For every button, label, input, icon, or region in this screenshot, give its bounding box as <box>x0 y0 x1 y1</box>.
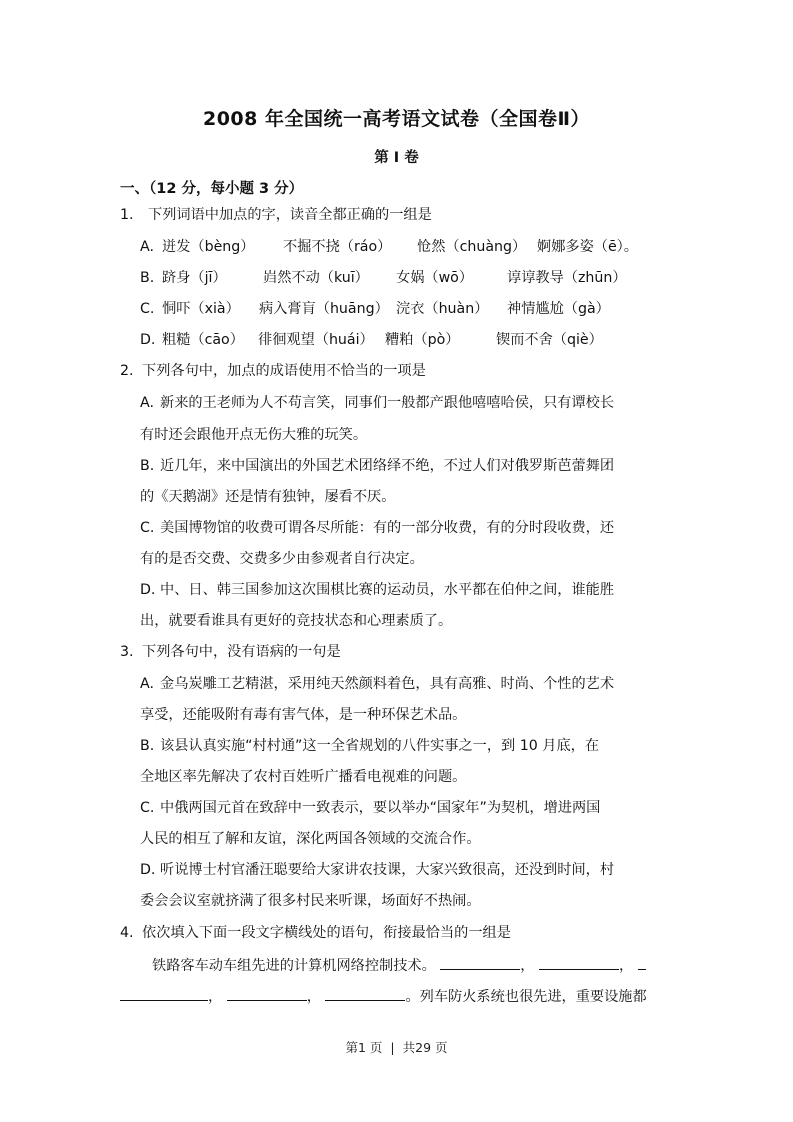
option-item: 徘徊观望（huái） <box>258 330 385 350</box>
question-number: 3. <box>120 642 142 662</box>
option-item: 跻身（jī） <box>162 268 263 288</box>
option-label: A. <box>140 237 162 257</box>
question-text: 下列各句中，加点的成语使用不恰当的一项是 <box>142 363 426 379</box>
option-label: C. <box>140 518 160 538</box>
option-item: 锲而不舍（qiè） <box>496 330 603 350</box>
question-4-passage-line-2: ， ， 。列车防火系统也很先进，重要设施都 <box>120 986 647 1007</box>
option-text: 该县认真实施“村村通”这一全省规划的八件实事之一，到 10 月底，在 <box>160 738 599 754</box>
option-item: 不掘不挠（ráo） <box>283 237 417 257</box>
option-text: 新来的王老师为人不苟言笑，同事们一般都产跟他嘻嘻哈侯，只有谭校长 <box>160 395 614 411</box>
question-3-option-d-cont: 委会会议室就挤满了很多村民来听课，场面好不热闹。 <box>140 891 481 911</box>
question-2-option-d: D.中、日、韩三国参加这次围棋比赛的运动员，水平都在伯仲之间，谁能胜 <box>140 580 614 600</box>
passage-text: 铁路客车动车组先进的计算机网络控制技术。 <box>152 958 436 974</box>
comma: ， <box>520 958 534 974</box>
option-text: 中俄两国元首在致辞中一致表示，要以举办“国家年”为契机，增进两国 <box>160 800 600 816</box>
question-number: 2. <box>120 361 142 381</box>
option-label: C. <box>140 798 160 818</box>
option-label: D. <box>140 860 160 880</box>
option-item: 婀娜多姿（ē）。 <box>537 237 638 257</box>
question-1-option-a: A.迸发（bèng）不掘不挠（ráo）怆然（chuàng）婀娜多姿（ē）。 <box>140 237 638 257</box>
option-item: 浣衣（huàn） <box>396 299 507 319</box>
option-label: B. <box>140 268 162 288</box>
question-number: 1. <box>120 205 148 225</box>
total-pages: 共29 页 <box>403 1040 448 1055</box>
volume-heading: 第 I 卷 <box>0 146 793 167</box>
exam-page: 2008 年全国统一高考语文试卷（全国卷Ⅱ） 第 I 卷 一、（12 分，每小题… <box>0 0 793 1122</box>
page-number: 第1 页 <box>345 1040 382 1055</box>
question-text: 依次填入下面一段文字横线处的语句，衔接最恰当的一组是 <box>142 925 511 941</box>
option-item: 恫吓（xià） <box>162 299 259 319</box>
question-2-stem: 2.下列各句中，加点的成语使用不恰当的一项是 <box>120 361 426 381</box>
question-2-option-b-cont: 的《天鹅湖》还是情有独钟，屡看不厌。 <box>140 487 395 507</box>
fill-blank-3-end <box>120 986 208 1001</box>
fill-blank-1 <box>440 955 520 970</box>
question-3-option-a: A.金乌炭雕工艺精湛，采用纯天然颜料着色，具有高雅、时尚、个性的艺术 <box>140 674 614 694</box>
option-item: 迸发（bèng） <box>162 237 283 257</box>
option-item: 岿然不动（kuī） <box>263 268 396 288</box>
question-3-option-a-cont: 享受，还能吸附有毒有害气体，是一种环保艺术品。 <box>140 705 466 725</box>
question-text: 下列各句中，没有语病的一句是 <box>142 644 341 660</box>
question-3-option-d: D.听说博士村官潘汪聪要给大家讲农技课，大家兴致很高，还没到时间，村 <box>140 860 614 880</box>
question-3-option-b-cont: 全地区率先解决了农村百姓听广播看电视难的问题。 <box>140 767 466 787</box>
question-2-option-c-cont: 有的是否交费、交费多少由参观者自行决定。 <box>140 549 424 569</box>
option-text: 中、日、韩三国参加这次围棋比赛的运动员，水平都在伯仲之间，谁能胜 <box>160 582 614 598</box>
fill-blank-3-start <box>638 955 646 970</box>
option-label: B. <box>140 456 160 476</box>
question-3-option-b: B.该县认真实施“村村通”这一全省规划的八件实事之一，到 10 月底，在 <box>140 736 599 756</box>
option-label: A. <box>140 393 160 413</box>
option-label: B. <box>140 736 160 756</box>
question-2-option-a-cont: 有时还会跟他开点无伤大雅的玩笑。 <box>140 425 367 445</box>
option-item: 病入膏肓（huāng） <box>259 299 396 319</box>
question-2-option-b: B.近几年，来中国演出的外国艺术团络绎不绝，不过人们对俄罗斯芭蕾舞团 <box>140 456 614 476</box>
option-item: 糟粕（pò） <box>385 330 496 350</box>
fill-blank-2 <box>539 955 619 970</box>
option-text: 听说博士村官潘汪聪要给大家讲农技课，大家兴致很高，还没到时间，村 <box>160 862 614 878</box>
option-text: 近几年，来中国演出的外国艺术团络绎不绝，不过人们对俄罗斯芭蕾舞团 <box>160 458 614 474</box>
question-2-option-d-cont: 出，就要看谁具有更好的竞技状态和心理素质了。 <box>140 611 452 631</box>
fill-blank-5 <box>325 986 405 1001</box>
question-4-stem: 4.依次填入下面一段文字横线处的语句，衔接最恰当的一组是 <box>120 923 511 943</box>
question-number: 4. <box>120 923 142 943</box>
option-item: 神情尴尬（gà） <box>507 299 610 319</box>
option-label: D. <box>140 580 160 600</box>
option-item: 粗糙（cāo） <box>162 330 258 350</box>
question-1-option-c: C.恫吓（xià）病入膏肓（huāng）浣衣（huàn）神情尴尬（gà） <box>140 299 610 319</box>
question-2-option-c: C.美国博物馆的收费可谓各尽所能：有的一部分收费，有的分时段收费，还 <box>140 518 614 538</box>
section-heading: 一、（12 分，每小题 3 分） <box>120 177 303 198</box>
question-text: 下列词语中加点的字，读音全都正确的一组是 <box>148 207 432 223</box>
question-2-option-a: A.新来的王老师为人不苟言笑，同事们一般都产跟他嘻嘻哈侯，只有谭校长 <box>140 393 614 413</box>
question-4-passage-line-1: 铁路客车动车组先进的计算机网络控制技术。 ， ， <box>152 955 646 976</box>
option-label: A. <box>140 674 160 694</box>
passage-text: 。列车防火系统也很先进，重要设施都 <box>405 989 646 1005</box>
document-title: 2008 年全国统一高考语文试卷（全国卷Ⅱ） <box>0 104 793 131</box>
option-label: C. <box>140 299 162 319</box>
option-label: D. <box>140 330 162 350</box>
comma: ， <box>619 958 633 974</box>
option-item: 怆然（chuàng） <box>417 237 537 257</box>
comma: ， <box>208 989 222 1005</box>
footer-separator: | <box>390 1040 394 1055</box>
page-footer: 第1 页|共29 页 <box>0 1038 793 1056</box>
option-text: 金乌炭雕工艺精湛，采用纯天然颜料着色，具有高雅、时尚、个性的艺术 <box>160 676 614 692</box>
question-3-option-c-cont: 人民的相互了解和友谊，深化两国各领域的交流合作。 <box>140 829 481 849</box>
option-item: 谆谆教导（zhūn） <box>507 268 627 288</box>
option-text: 美国博物馆的收费可谓各尽所能：有的一部分收费，有的分时段收费，还 <box>160 520 614 536</box>
fill-blank-4 <box>227 986 307 1001</box>
question-1-stem: 1.下列词语中加点的字，读音全都正确的一组是 <box>120 205 432 225</box>
question-1-option-d: D.粗糙（cāo）徘徊观望（huái）糟粕（pò）锲而不舍（qiè） <box>140 330 603 350</box>
question-1-option-b: B.跻身（jī）岿然不动（kuī）女娲（wō）谆谆教导（zhūn） <box>140 268 627 288</box>
question-3-option-c: C.中俄两国元首在致辞中一致表示，要以举办“国家年”为契机，增进两国 <box>140 798 600 818</box>
question-3-stem: 3.下列各句中，没有语病的一句是 <box>120 642 341 662</box>
comma: ， <box>307 989 321 1005</box>
option-item: 女娲（wō） <box>396 268 507 288</box>
